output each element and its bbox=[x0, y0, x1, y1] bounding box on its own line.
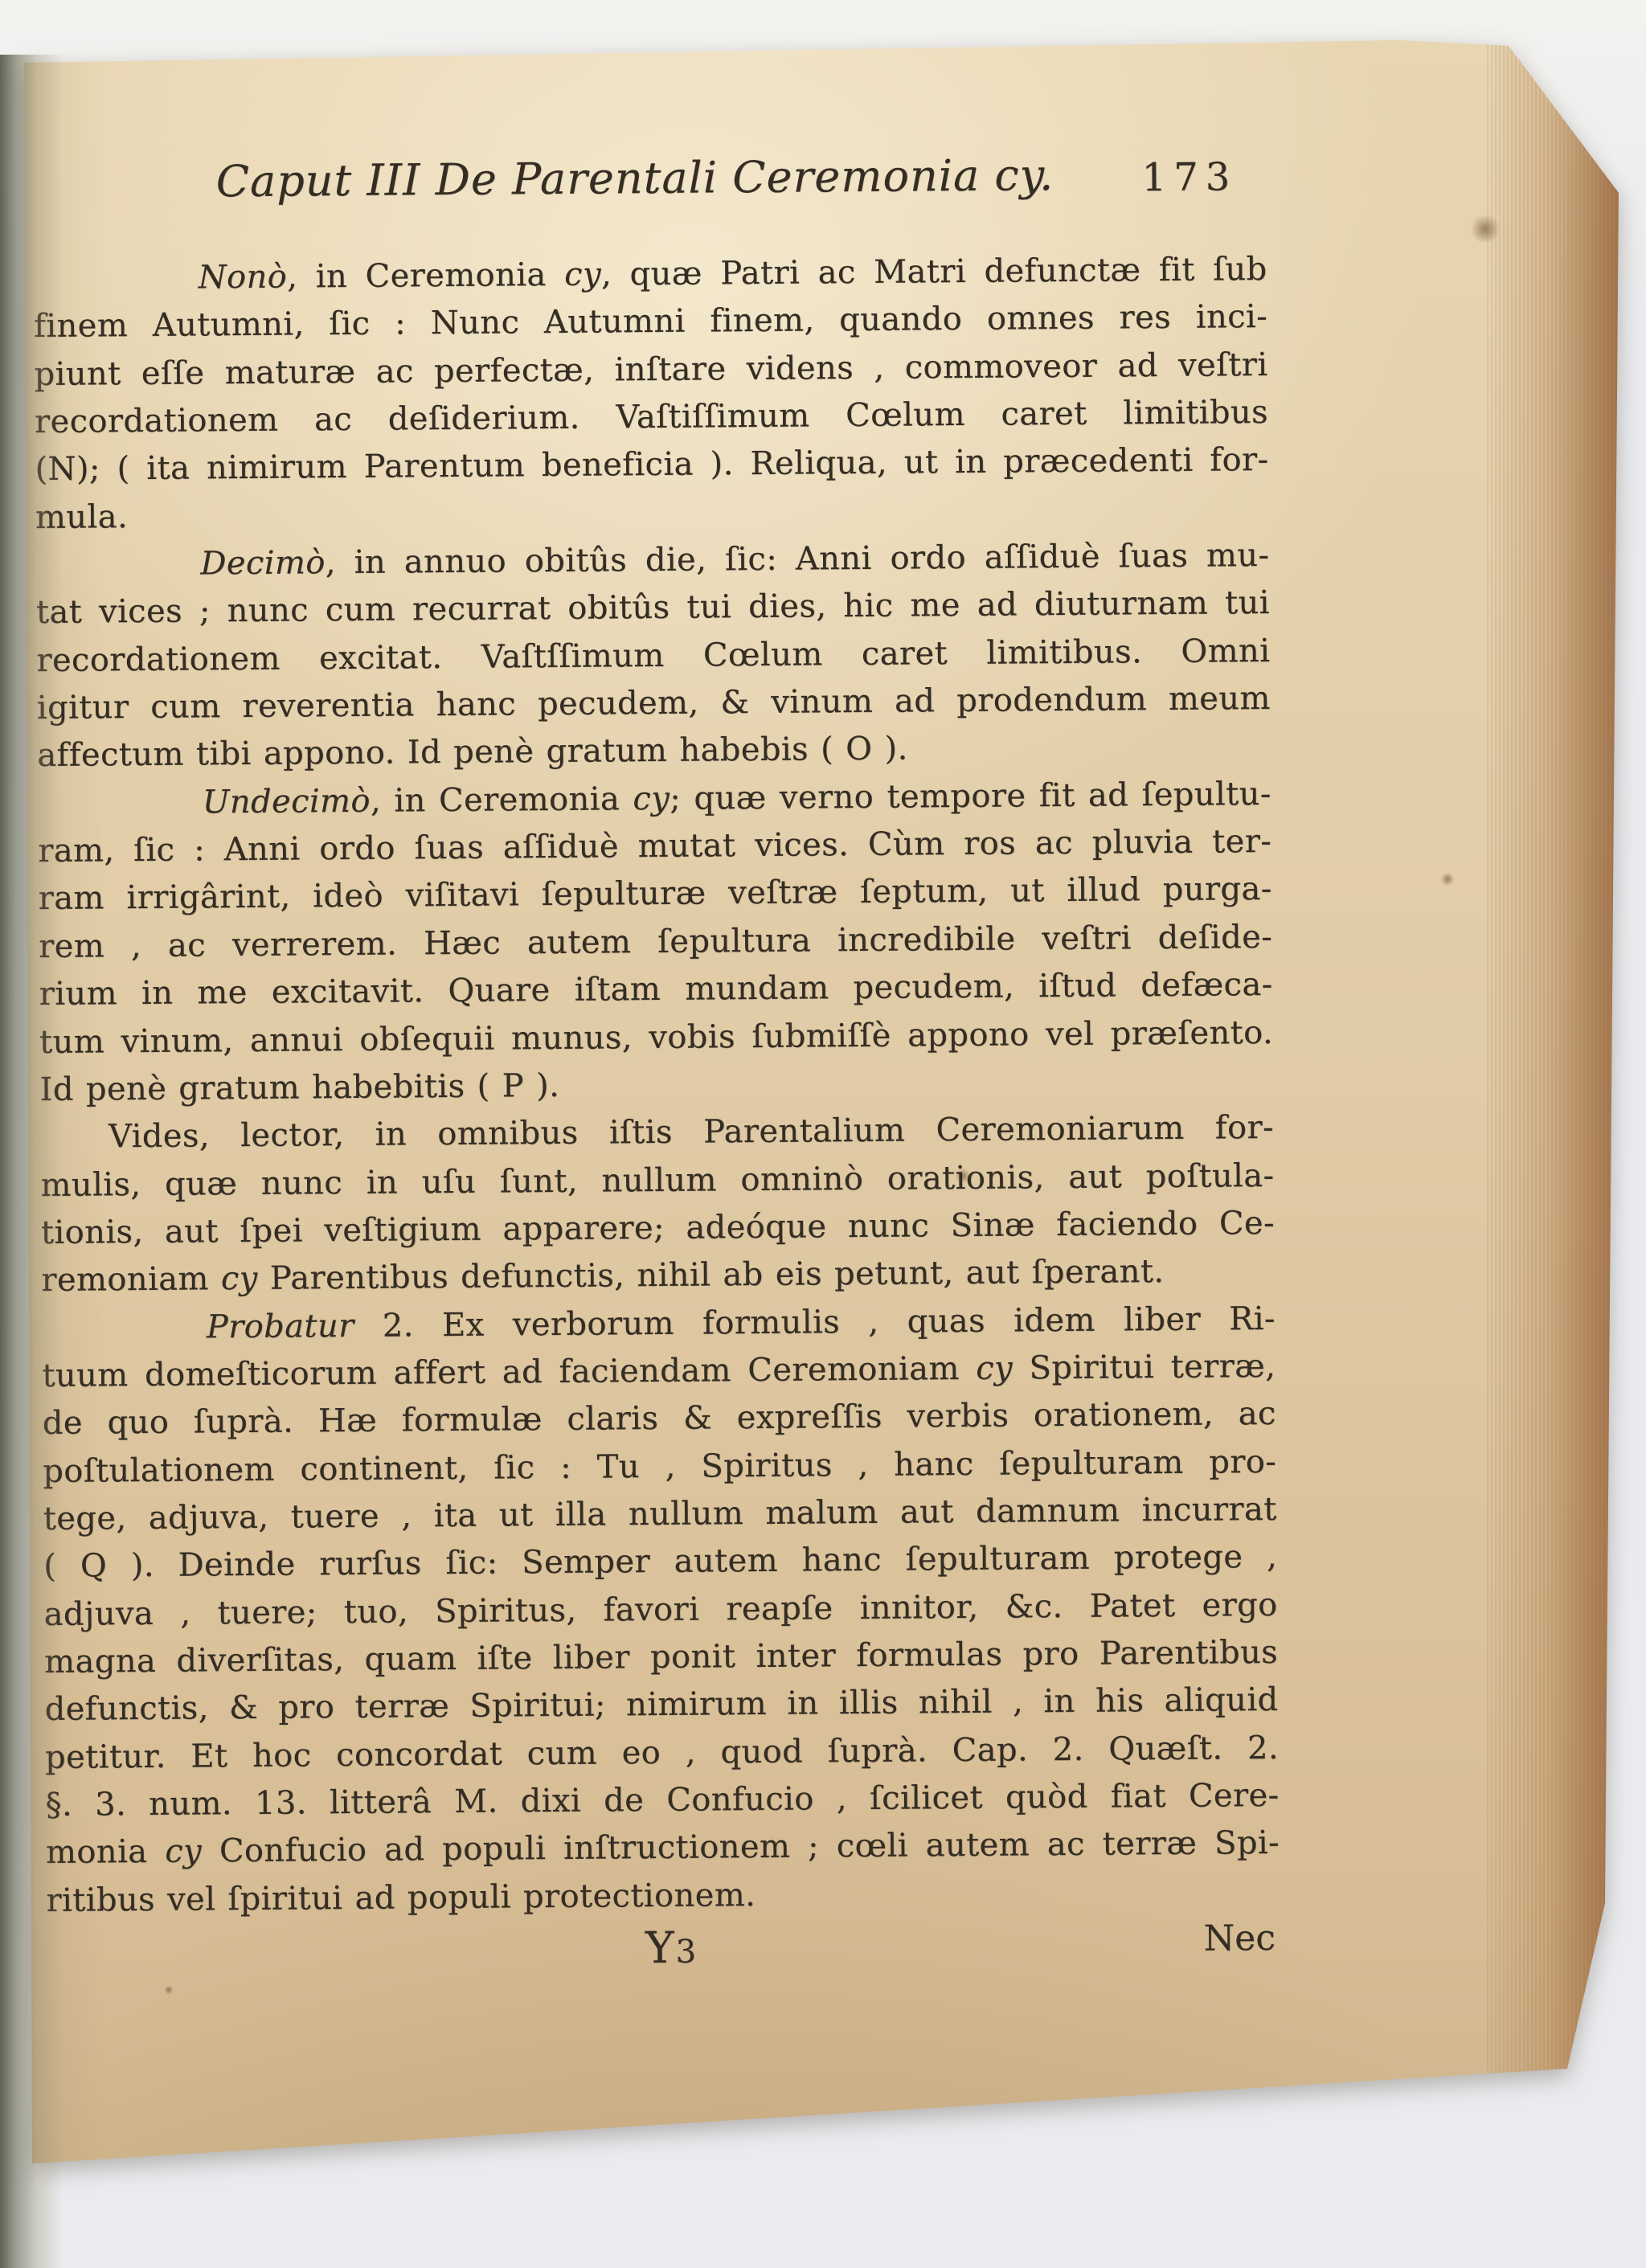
text-line: tum vinum, annui obſequii munus, vobis ſ… bbox=[39, 1009, 1273, 1066]
book-page-wrap: Caput III De Parentali Ceremonia cy. 173… bbox=[0, 0, 1646, 2268]
book-page: Caput III De Parentali Ceremonia cy. 173… bbox=[0, 0, 1646, 2268]
page-text-layer: Caput III De Parentali Ceremonia cy. 173… bbox=[31, 0, 1283, 2268]
chapter-title: Caput III De Parentali Ceremonia cy. bbox=[215, 149, 1054, 207]
page-text: Nonò, in Ceremonia cy, quæ Patri ac Matr… bbox=[33, 246, 1280, 1925]
binding-edge bbox=[0, 55, 63, 2268]
text-line: ritibus vel ſpiritui ad populi protectio… bbox=[46, 1868, 1280, 1925]
page-number: 173 bbox=[1141, 154, 1237, 200]
book-photo: Caput III De Parentali Ceremonia cy. 173… bbox=[0, 0, 1646, 2268]
text-line: igitur cum reverentia hanc pecudem, & vi… bbox=[37, 675, 1271, 732]
signature-mark: Y3 bbox=[645, 1922, 698, 1974]
running-header: Caput III De Parentali Ceremonia cy. 173 bbox=[32, 148, 1267, 227]
foxing-spot bbox=[1469, 215, 1501, 243]
catchword: Nec bbox=[1203, 1918, 1275, 1959]
page-fore-edge bbox=[1487, 32, 1625, 2078]
text-line: (N); ( ita nimirum Parentum beneficia ).… bbox=[35, 436, 1268, 493]
text-line: monia cy Confucio ad populi inſtructione… bbox=[46, 1820, 1280, 1877]
foxing-spot bbox=[1440, 873, 1455, 886]
signature-row: Y3 Nec bbox=[47, 1918, 1281, 1985]
